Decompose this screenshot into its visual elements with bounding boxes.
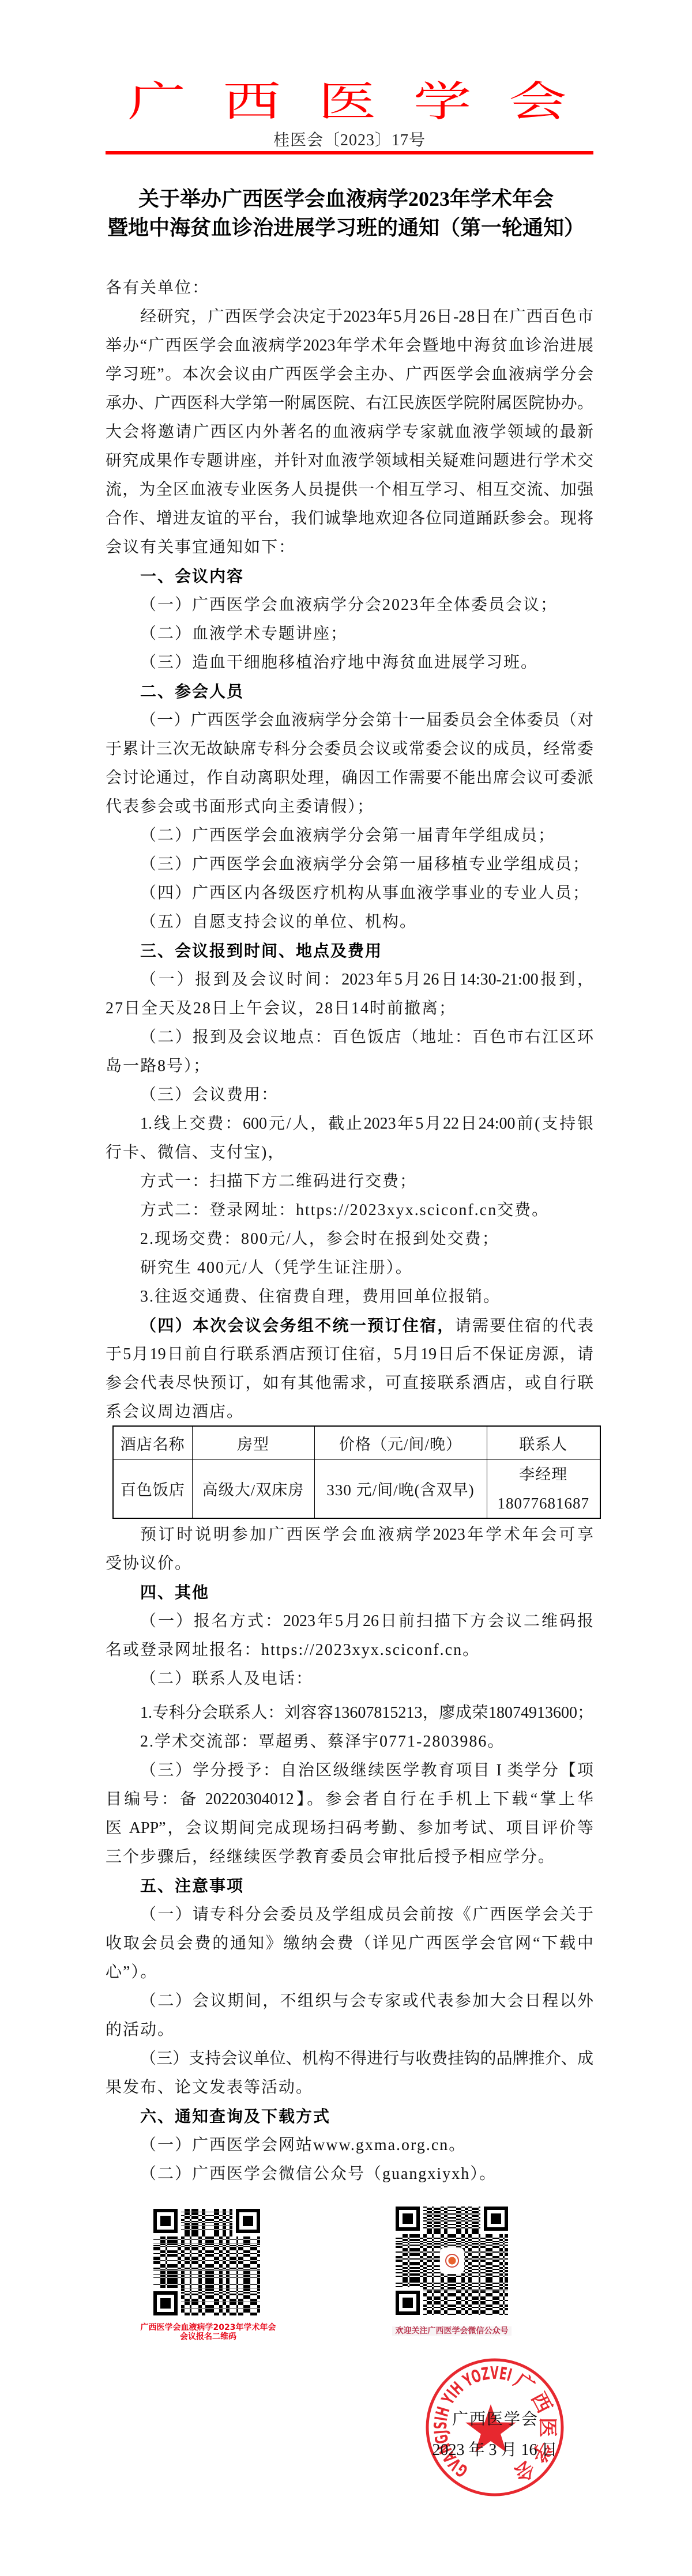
hotel-name-cell: 百色饭店 (113, 1459, 192, 1518)
wechat-qr-code-icon (396, 2207, 508, 2315)
accommodation-bold-lead: （四）本次会议会务组不统一预订住宿， (140, 1316, 455, 1335)
notice-body-part-2: 预订时说明参加广西医学会血液病学2023年学术年会可享 受协议价。 四、其他 （… (106, 1521, 593, 2189)
fee-item: 2.现场交费：800元/人，参会时在报到处交费； (106, 1225, 593, 1254)
list-item: （一）请专科分会委员及学组成员会前按《广西医学会关于 (106, 1900, 593, 1929)
fee-item: 研究生 400元/人（凭学生证注册）。 (106, 1254, 593, 1283)
list-item-website: （一）广西医学会网站www.gxma.org.cn。 (106, 2131, 593, 2160)
list-item-continuation: 三个步骤后，经继续医学教育委员会审批后授予相应学分。 (106, 1843, 593, 1872)
fee-item-continuation: 行卡、微信、支付宝)， (106, 1138, 593, 1167)
section-heading-notes: 五、注意事项 (106, 1872, 593, 1900)
contact-cell: 李经理 18077681687 (487, 1459, 600, 1518)
list-item-continuation: 系会议周边酒店。 (106, 1398, 593, 1427)
room-type-cell: 高级大/双床房 (192, 1459, 314, 1518)
title-line: 关于举办广西医学会血液病学2023年学术年会 (0, 184, 692, 213)
section-heading-other: 四、其他 (106, 1578, 593, 1607)
paragraph-line: 合作、增进友谊的平台，我们诚挚地欢迎各位同道踊跃参会。现将 (106, 504, 593, 533)
table-row: 百色饭店 高级大/双床房 330 元/间/晚(含双早) 李经理 18077681… (113, 1459, 600, 1518)
list-item-continuation: 的活动。 (106, 2016, 593, 2045)
fee-item: 3.往返交通费、住宿费自理，费用回单位报销。 (106, 1283, 593, 1311)
title-line: 暨地中海贫血诊治进展学习班的通知（第一轮通知） (0, 213, 692, 242)
qr-finder-icon (396, 2207, 420, 2231)
list-item: （三）会议费用： (106, 1081, 593, 1110)
contact-item: 2.学术交流部：覃超勇、蔡泽宇0771-2803986。 (106, 1728, 593, 1756)
list-item: （三）造血干细胞移植治疗地中海贫血进展学习班。 (106, 648, 593, 677)
caption-line: 广西医学会血液病学2023年学术年会 (139, 2323, 277, 2332)
list-item: （二）广西医学会血液病学分会第一届青年学组成员； (106, 821, 593, 850)
qr-finder-icon (236, 2209, 260, 2233)
payment-method: 方式二：登录网址：https://2023xyx.sciconf.cn交费。 (106, 1196, 593, 1225)
list-item: （一）广西医学会血液病学分会2023年全体委员会议； (106, 591, 593, 620)
paragraph-line: 经研究，广西医学会决定于2023年5月26日-28日在广西百色市 (106, 303, 593, 331)
registration-qr-code-icon (153, 2209, 260, 2315)
section-heading-registration-venue-fees: 三、会议报到时间、地点及费用 (106, 937, 593, 965)
paragraph-line: 大会将邀请广西区内外著名的血液病学专家就血液学领域的最新 (106, 418, 593, 447)
paragraph-line: 承办、广西医科大学第一附属医院、右江民族医学院附属医院协办。 (106, 389, 593, 418)
contact-item: 1.专科分会联系人：刘容容13607815213，廖成荣18074913600； (106, 1699, 593, 1728)
payment-method: 方式一：扫描下方二维码进行交费； (106, 1167, 593, 1196)
column-header: 价格（元/间/晚） (314, 1426, 487, 1459)
accommodation-item: （四）本次会议会务组不统一预订住宿，请需要住宿的代表 (106, 1311, 593, 1340)
org-letterhead-text: 广西医学会 (91, 78, 604, 125)
paragraph-line: 举办“广西医学会血液病学2023年学术年会暨地中海贫血诊治进展 (106, 331, 593, 360)
hotel-table: 酒店名称 房型 价格（元/间/晚） 联系人 百色饭店 高级大/双床房 330 元… (112, 1425, 601, 1519)
list-item-continuation: 参会代表尽快预订，如有其他需求，可直接联系酒店，或自行联 (106, 1369, 593, 1398)
wechat-qr-caption: 欢迎关注广西医学会微信公众号 (392, 2326, 512, 2336)
caption-line: 会议报名二维码 (139, 2332, 277, 2341)
list-item: （三）广西医学会血液病学分会第一届移植专业学组成员； (106, 850, 593, 879)
paragraph-line: 会议有关事宜通知如下： (106, 533, 593, 562)
list-item: （三）学分授予：自治区级继续医学教育项目 I 类学分【项 (106, 1756, 593, 1785)
list-item-continuation: 27日全天及28日上午会议，28日14时前撤离； (106, 994, 593, 1023)
list-item: （一）报到及会议时间：2023年5月26日14:30-21:00报到， (106, 965, 593, 994)
list-item: （五）自愿支持会议的单位、机构。 (106, 908, 593, 937)
list-item-continuation: 心”）。 (106, 1958, 593, 1987)
list-item: （二）联系人及电话： (106, 1665, 593, 1694)
notice-document: 广西医学会 桂医会〔2023〕17号 关于举办广西医学会血液病学2023年学术年… (0, 0, 692, 2576)
list-item: （一）广西医学会血液病学分会第十一届委员会全体委员（对 (106, 706, 593, 735)
paragraph-line: 受协议价。 (106, 1549, 593, 1578)
spacer (106, 1694, 593, 1699)
table-header-row: 酒店名称 房型 价格（元/间/晚） 联系人 (113, 1426, 600, 1459)
list-item-continuation: 收取会员会费的通知》缴纳会费（详见广西医学会官网“下载中 (106, 1929, 593, 1958)
list-item-continuation: 目编号：备 20220304012】。参会者自行在手机上下载“掌上华 (106, 1785, 593, 1814)
qr-finder-icon (153, 2209, 178, 2233)
org-letterhead: 广西医学会 (0, 78, 692, 125)
section-heading-attendees: 二、参会人员 (106, 677, 593, 706)
fee-item: 1.线上交费：600元/人，截止2023年5月22日24:00前(支持银 (106, 1110, 593, 1138)
section-heading-query-download: 六、通知查询及下载方式 (106, 2102, 593, 2131)
caption-line: 欢迎关注广西医学会微信公众号 (392, 2326, 512, 2336)
list-item-continuation: 岛一路8号）； (106, 1052, 593, 1081)
signature-date: 2023 年 3 月 16 日 (408, 2442, 581, 2459)
qr-finder-icon (396, 2291, 420, 2315)
list-item: （二）报到及会议地点：百色饭店（地址：百色市右江区环 (106, 1023, 593, 1052)
column-header: 酒店名称 (113, 1426, 192, 1459)
list-item: （四）广西区内各级医疗机构从事血液学事业的专业人员； (106, 879, 593, 908)
notice-body-part-1: 各有关单位： 经研究，广西医学会决定于2023年5月26日-28日在广西百色市 … (106, 274, 593, 1427)
list-item-continuation: 于5月19日前自行联系酒店预订住宿，5月19日后不保证房源，请 (106, 1340, 593, 1369)
list-item-continuation: 于累计三次无故缺席专科分会委员会议或常委会议的成员，经常委 (106, 735, 593, 764)
list-item: （二）血液学术专题讲座； (106, 620, 593, 648)
red-divider-rule (106, 151, 593, 154)
list-item-continuation: 医 APP”，会议期间完成现场扫码考勤、参加考试、项目评价等 (106, 1814, 593, 1843)
section-heading-meeting-content: 一、会议内容 (106, 562, 593, 591)
list-item-continuation: 代表参会或书面形式向主委请假）； (106, 793, 593, 821)
accommodation-lead-rest: 请需要住宿的代表 (455, 1317, 593, 1335)
column-header: 房型 (192, 1426, 314, 1459)
list-item: （一）报名方式：2023年5月26日前扫描下方会议二维码报 (106, 1607, 593, 1636)
list-item: （二）会议期间，不组织与会专家或代表参加大会日程以外 (106, 1987, 593, 2016)
qr-finder-icon (153, 2291, 178, 2315)
paragraph-line: 流，为全区血液专业医务人员提供一个相互学习、相互交流、加强 (106, 476, 593, 504)
list-item-continuation: 果发布、论文发表等活动。 (106, 2073, 593, 2102)
paragraph-line: 预订时说明参加广西医学会血液病学2023年学术年会可享 (106, 1521, 593, 1549)
salutation: 各有关单位： (106, 274, 593, 303)
column-header: 联系人 (487, 1426, 600, 1459)
list-item-continuation: 名或登录网址报名：https://2023xyx.sciconf.cn。 (106, 1636, 593, 1665)
contact-phone: 18077681687 (487, 1489, 600, 1518)
list-item: （三）支持会议单位、机构不得进行与收费挂钩的品牌推介、成 (106, 2045, 593, 2073)
paragraph-line: 学习班”。本次会议由广西医学会主办、广西医学会血液病学分会 (106, 360, 593, 389)
association-logo-icon (442, 2249, 462, 2272)
contact-name: 李经理 (487, 1460, 600, 1489)
signature-organization: 广西医学会 (409, 2411, 582, 2428)
paragraph-line: 研究成果作专题讲座，并针对血液学领域相关疑难问题进行学术交 (106, 447, 593, 476)
registration-qr-caption: 广西医学会血液病学2023年学术年会 会议报名二维码 (139, 2323, 277, 2341)
list-item-continuation: 会讨论通过，作自动离职处理，确因工作需要不能出席会议可委派 (106, 764, 593, 793)
price-cell: 330 元/间/晚(含双早) (314, 1459, 487, 1518)
qr-finder-icon (484, 2207, 508, 2231)
list-item-wechat: （二）广西医学会微信公众号（guangxiyxh）。 (106, 2160, 593, 2189)
notice-title: 关于举办广西医学会血液病学2023年学术年会 暨地中海贫血诊治进展学习班的通知（… (0, 184, 692, 242)
document-number: 桂医会〔2023〕17号 (0, 132, 692, 149)
